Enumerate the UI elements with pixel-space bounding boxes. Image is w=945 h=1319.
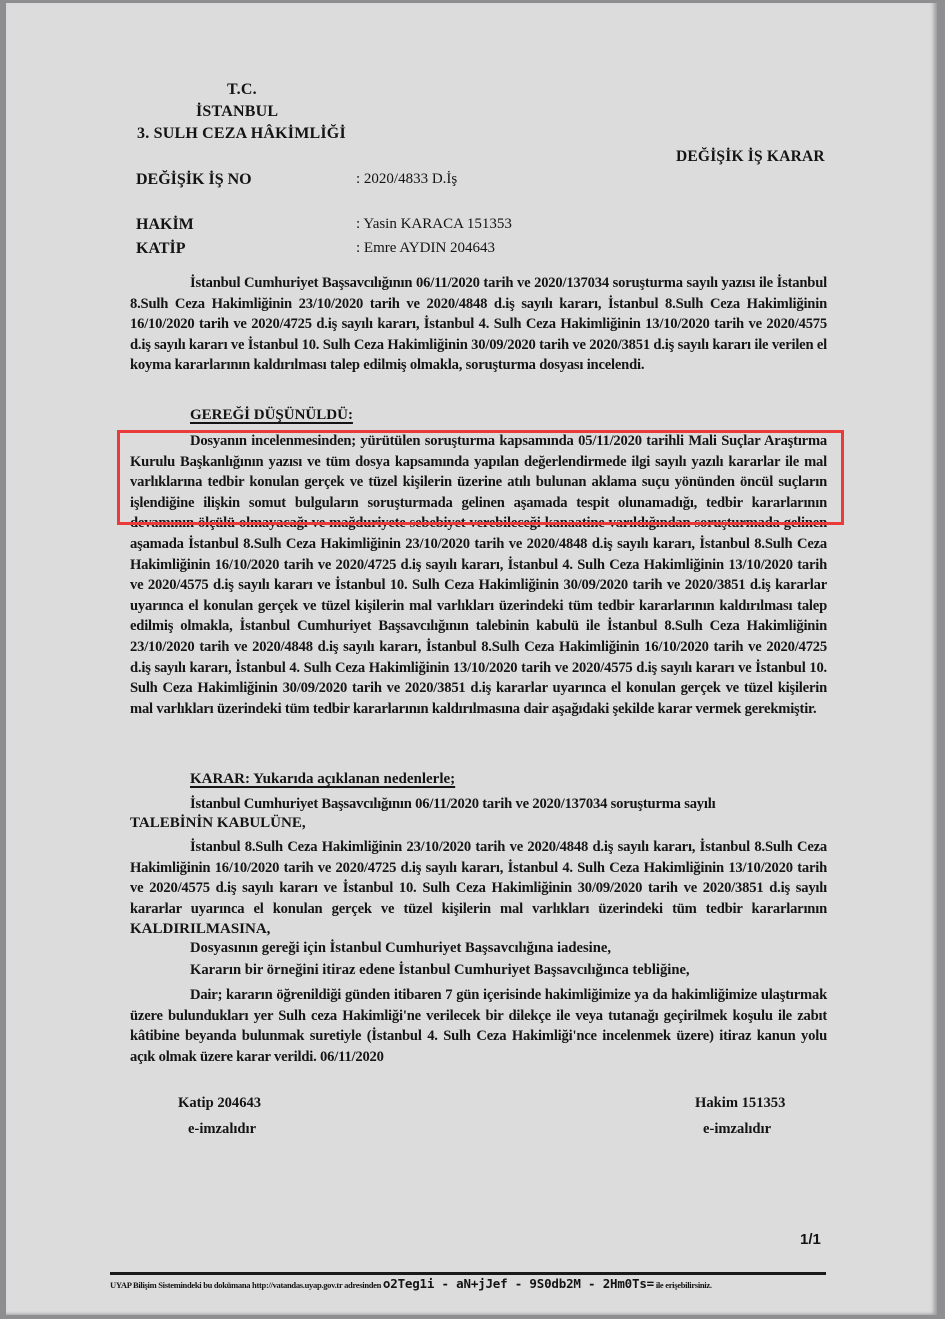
decision-request-accept: TALEBİNİN KABULÜNE, xyxy=(130,815,306,832)
document-type: DEĞİŞİK İŞ KARAR xyxy=(676,148,825,166)
footer-verification: UYAP Bilişim Sistemindeki bu dokümana ht… xyxy=(110,1276,712,1291)
considered-heading: GEREĞİ DÜŞÜNÜLDÜ: xyxy=(190,407,353,424)
clerk-value: : Emre AYDIN 204643 xyxy=(356,240,495,257)
decision-return-line: Dosyasının gereği için İstanbul Cumhuriy… xyxy=(190,940,611,957)
decision-lift-paragraph: İstanbul 8.Sulh Ceza Hakimliğinin 23/10/… xyxy=(130,837,827,940)
footer-prefix: UYAP Bilişim Sistemindeki bu dokümana ht… xyxy=(110,1280,381,1290)
clerk-signature-title: Katip 204643 xyxy=(178,1095,261,1112)
judge-value: : Yasin KARACA 151353 xyxy=(356,216,512,233)
header-city: İSTANBUL xyxy=(196,103,278,121)
judge-label: HAKİM xyxy=(136,216,194,234)
page-number: 1/1 xyxy=(800,1231,821,1248)
case-no-value: : 2020/4833 D.İş xyxy=(356,171,457,188)
clerk-e-signature: e-imzalıdır xyxy=(188,1121,256,1138)
header-country: T.C. xyxy=(227,81,257,99)
decision-heading: KARAR: Yukarıda açıklanan nedenlerle; xyxy=(190,771,455,788)
judge-e-signature: e-imzalıdır xyxy=(703,1121,771,1138)
footer-rule xyxy=(110,1272,826,1275)
highlight-annotation-box xyxy=(117,430,844,525)
header-court: 3. SULH CEZA HÂKİMLİĞİ xyxy=(137,125,346,143)
intro-paragraph: İstanbul Cumhuriyet Başsavcılığının 06/1… xyxy=(130,273,827,376)
case-no-label: DEĞİŞİK İŞ NO xyxy=(136,171,252,189)
footer-suffix: ile erişebilirsiniz. xyxy=(656,1280,712,1290)
clerk-label: KATİP xyxy=(136,240,185,258)
decision-lift-emphasis: KALDIRILMASINA, xyxy=(130,921,270,937)
document-page: T.C. İSTANBUL 3. SULH CEZA HÂKİMLİĞİ DEĞ… xyxy=(6,3,937,1315)
appeal-paragraph: Dair; kararın öğrenildiği günden itibare… xyxy=(130,985,827,1067)
decision-lift-text: İstanbul 8.Sulh Ceza Hakimliğinin 23/10/… xyxy=(130,839,827,917)
judge-signature-title: Hakim 151353 xyxy=(695,1095,785,1112)
decision-notify-line: Kararın bir örneğini itiraz edene İstanb… xyxy=(190,962,690,979)
decision-request-line: İstanbul Cumhuriyet Başsavcılığının 06/1… xyxy=(130,794,827,815)
footer-verification-code: o2Teg1i - aN+jJef - 9S0db2M - 2Hm0Ts= xyxy=(383,1276,654,1291)
